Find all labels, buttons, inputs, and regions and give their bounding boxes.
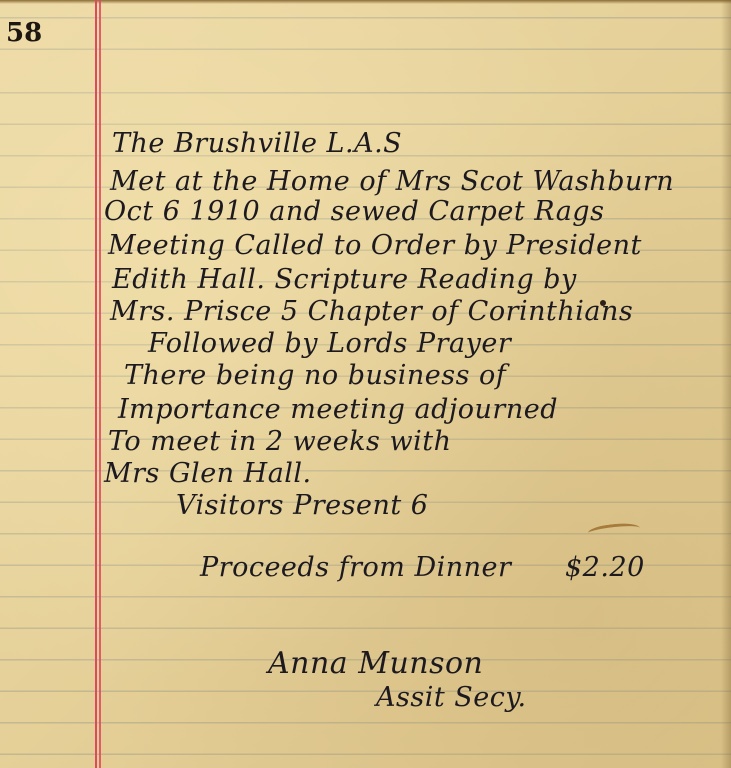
- minutes-line: Oct 6 1910 and sewed Carpet Rags: [104, 196, 604, 227]
- minutes-line: Mrs. Prisce 5 Chapter of Corinthians: [110, 296, 633, 327]
- margin-line: [99, 0, 101, 768]
- signature-title: Assit Secy.: [376, 682, 527, 713]
- minutes-line: To meet in 2 weeks with: [108, 426, 451, 457]
- signature-name: Anna Munson: [268, 646, 483, 681]
- minutes-line: Meeting Called to Order by President: [108, 230, 642, 261]
- minutes-line: Edith Hall. Scripture Reading by: [112, 264, 577, 295]
- page-number: 58: [6, 18, 42, 48]
- page-binding-shadow: [721, 0, 731, 768]
- page-top-edge: [0, 0, 731, 4]
- minutes-line: Met at the Home of Mrs Scot Washburn: [110, 166, 674, 197]
- minutes-line: Followed by Lords Prayer: [148, 328, 511, 359]
- visitors-count: Visitors Present 6: [176, 490, 429, 521]
- proceeds-amount: $2.20: [565, 552, 645, 583]
- ink-speck: [600, 300, 606, 306]
- ledger-page: 58 The Brushville L.A.S Met at the Home …: [0, 0, 731, 768]
- margin-line: [95, 0, 97, 768]
- minutes-line: The Brushville L.A.S: [112, 128, 402, 159]
- paper-stain: [587, 520, 640, 540]
- minutes-line: There being no business of: [124, 360, 506, 391]
- minutes-line: Mrs Glen Hall.: [104, 458, 312, 489]
- minutes-line: Importance meeting adjourned: [118, 394, 558, 425]
- proceeds-label: Proceeds from Dinner: [200, 552, 511, 583]
